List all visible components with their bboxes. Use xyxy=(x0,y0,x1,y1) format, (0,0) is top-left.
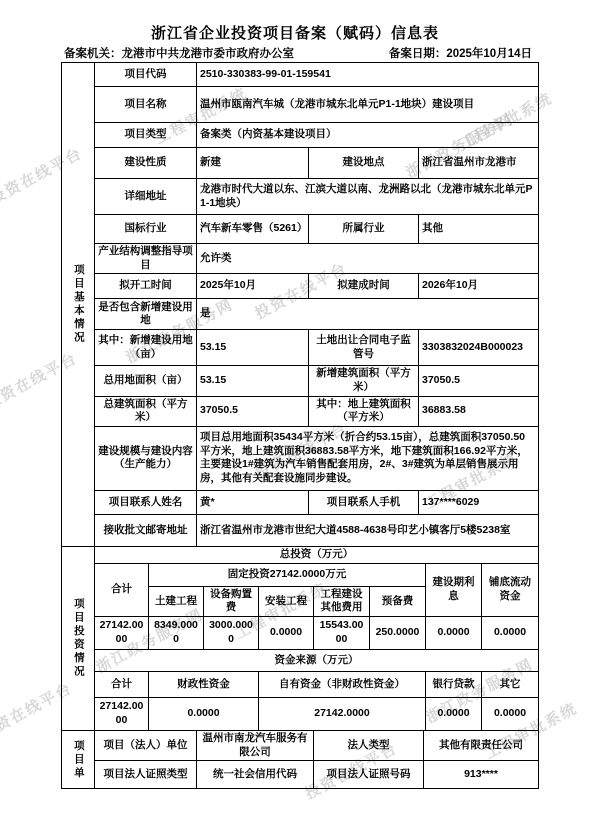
new-building-area-value: 37050.5 xyxy=(419,366,539,396)
land-contract-value: 3303832024B000023 xyxy=(419,330,539,366)
legal-unit-value: 温州市南龙汽车服务有限公司 xyxy=(197,731,314,761)
install-col-label: 安装工程 xyxy=(259,586,314,616)
guidance-value: 允许类 xyxy=(197,244,539,274)
contact-name-label: 项目联系人姓名 xyxy=(95,490,197,514)
other-fund-value: 0.0000 xyxy=(482,698,539,731)
total-building-area-label: 总建筑面积（平方米） xyxy=(95,396,197,426)
table-row: 总用地面积（亩） 53.15 新增建筑面积（平方米） 37050.5 xyxy=(62,366,539,396)
table-row: 合计 固定投资27142.0000万元 建设期利息 铺底流动资金 xyxy=(62,563,539,586)
build-nature-label: 建设性质 xyxy=(95,148,197,179)
total-land-label: 总用地面积（亩） xyxy=(95,366,197,396)
unit-table: 项目单 项目（法人）单位 温州市南龙汽车服务有限公司 法人类型 其他有限责任公司… xyxy=(61,730,539,789)
sector-label: 所属行业 xyxy=(309,215,419,244)
new-land-flag-label: 是否包含新增建设用地 xyxy=(95,299,197,330)
section-investment-label: 项目投资情况 xyxy=(62,546,95,730)
own-fund-label: 自有资金（非财政性资金） xyxy=(259,672,426,698)
mail-address-label: 接收批文邮寄地址 xyxy=(95,514,197,546)
build-site-label: 建设地点 xyxy=(309,148,419,179)
scale-label: 建设规模与建设内容（生产能力） xyxy=(95,426,197,490)
cert-no-label: 项目法人证照号码 xyxy=(314,761,424,789)
working-capital-col-label: 铺底流动资金 xyxy=(482,563,539,616)
reserve-value: 250.0000 xyxy=(370,617,426,650)
table-row: 产业结构调整指导项目 允许类 xyxy=(62,244,539,274)
table-row: 是否包含新增建设用地 是 xyxy=(62,299,539,330)
table-row: 27142.0000 0.0000 27142.0000 0.0000 0.00… xyxy=(62,698,539,731)
table-row: 总建筑面积（平方米） 37050.5 其中：地上建筑面积（平方米） 36883.… xyxy=(62,396,539,426)
legal-type-value: 其他有限责任公司 xyxy=(424,731,539,761)
table-row: 建设性质 新建 建设地点 浙江省温州市龙港市 xyxy=(62,148,539,179)
other-cost-value: 15543.0000 xyxy=(314,617,370,650)
total-building-area-value: 37050.5 xyxy=(197,396,309,426)
fiscal-fund-value: 0.0000 xyxy=(149,698,259,731)
land-contract-label: 土地出让合同电子监管号 xyxy=(309,330,419,366)
guidance-label: 产业结构调整指导项目 xyxy=(95,244,197,274)
legal-type-label: 法人类型 xyxy=(314,731,424,761)
install-value: 0.0000 xyxy=(259,617,314,650)
table-row: 详细地址 龙港市时代大道以东、江滨大道以南、龙洲路以北（龙港市城东北单元P1-1… xyxy=(62,179,539,215)
table-row: 项目基本情况 项目代码 2510-330383-99-01-159541 xyxy=(62,63,539,87)
reserve-col-label: 预备费 xyxy=(370,586,426,616)
filing-date: 备案日期：2025年10月14日 xyxy=(389,47,532,62)
page-title: 浙江省企业投资项目备案（赋码）信息表 xyxy=(0,22,590,43)
filing-agency-value: 龙港市中共龙港市委市政府办公室 xyxy=(122,48,295,60)
equipment-value: 3000.0000 xyxy=(204,617,259,650)
new-building-area-label: 新增建筑面积（平方米） xyxy=(309,366,419,396)
scale-value: 项目总用地面积35434平方米（折合约53.15亩），总建筑面积37050.50… xyxy=(197,426,539,490)
table-row: 项目联系人姓名 黄* 项目联系人手机 137****6029 xyxy=(62,490,539,514)
end-time-label: 拟建成时间 xyxy=(309,274,419,299)
address-value: 龙港市时代大道以东、江滨大道以南、龙洲路以北（龙港市城东北单元P1-1地块） xyxy=(197,179,539,215)
investment-total-label: 合计 xyxy=(95,563,149,616)
industry-label: 国标行业 xyxy=(95,215,197,244)
fund-source-header: 资金来源（万元） xyxy=(95,650,539,672)
civil-value: 8349.0000 xyxy=(149,617,204,650)
other-fund-label: 其它 xyxy=(482,672,539,698)
table-row: 建设规模与建设内容（生产能力） 项目总用地面积35434平方米（折合约53.15… xyxy=(62,426,539,490)
table-row: 项目名称 温州市瓯南汽车城（龙港市城东北单元P1-1地块）建设项目 xyxy=(62,87,539,123)
project-type-label: 项目类型 xyxy=(95,123,197,148)
basic-info-table: 项目基本情况 项目代码 2510-330383-99-01-159541 项目名… xyxy=(61,62,539,547)
table-row: 资金来源（万元） xyxy=(62,650,539,672)
project-code-label: 项目代码 xyxy=(95,63,197,87)
bank-loan-label: 银行贷款 xyxy=(426,672,482,698)
mail-address-value: 浙江省温州市龙港市世纪大道4588-4638号印艺小镇客厅5楼5238室 xyxy=(197,514,539,546)
filing-date-value: 2025年10月14日 xyxy=(446,48,532,60)
form-meta-row: 备案机关：龙港市中共龙港市委市政府办公室 备案日期：2025年10月14日 xyxy=(0,47,590,62)
project-name-value: 温州市瓯南汽车城（龙港市城东北单元P1-1地块）建设项目 xyxy=(197,87,539,123)
new-land-flag-value: 是 xyxy=(197,299,539,330)
cert-type-label: 项目法人证照类型 xyxy=(95,761,197,789)
new-land-label: 其中：新增建设用地（亩） xyxy=(95,330,197,366)
own-fund-value: 27142.0000 xyxy=(259,698,426,731)
contact-name-value: 黄* xyxy=(197,490,309,514)
working-capital-value: 0.0000 xyxy=(482,617,539,650)
form-tables: 项目基本情况 项目代码 2510-330383-99-01-159541 项目名… xyxy=(61,62,538,789)
build-nature-value: 新建 xyxy=(197,148,309,179)
start-time-value: 2025年10月 xyxy=(197,274,309,299)
interest-value: 0.0000 xyxy=(426,617,482,650)
filing-date-label: 备案日期： xyxy=(389,48,447,60)
bank-loan-value: 0.0000 xyxy=(426,698,482,731)
cert-type-value: 统一社会信用代码 xyxy=(197,761,314,789)
build-site-value: 浙江省温州市龙港市 xyxy=(419,148,539,179)
table-row: 项目单 项目（法人）单位 温州市南龙汽车服务有限公司 法人类型 其他有限责任公司 xyxy=(62,731,539,761)
cert-no-value: 913**** xyxy=(424,761,539,789)
source-total-label: 合计 xyxy=(95,672,149,698)
interest-col-label: 建设期利息 xyxy=(426,563,482,616)
start-time-label: 拟开工时间 xyxy=(95,274,197,299)
address-label: 详细地址 xyxy=(95,179,197,215)
table-row: 27142.0000 8349.0000 3000.0000 0.0000 15… xyxy=(62,617,539,650)
table-row: 合计 财政性资金 自有资金（非财政性资金） 银行贷款 其它 xyxy=(62,672,539,698)
new-land-value: 53.15 xyxy=(197,330,309,366)
fixed-investment-header: 固定投资27142.0000万元 xyxy=(149,563,426,586)
project-code-value: 2510-330383-99-01-159541 xyxy=(197,63,539,87)
project-name-label: 项目名称 xyxy=(95,87,197,123)
filing-agency: 备案机关：龙港市中共龙港市委市政府办公室 xyxy=(64,47,294,62)
contact-phone-value: 137****6029 xyxy=(419,490,539,514)
total-land-value: 53.15 xyxy=(197,366,309,396)
project-type-value: 备案类（内资基本建设项目） xyxy=(197,123,539,148)
section-unit-label: 项目单 xyxy=(62,731,95,789)
other-cost-col-label: 工程建设其他费用 xyxy=(314,586,370,616)
table-row: 项目投资情况 总投资（万元） xyxy=(62,546,539,563)
equipment-col-label: 设备购置费 xyxy=(204,586,259,616)
contact-phone-label: 项目联系人手机 xyxy=(309,490,419,514)
investment-table: 项目投资情况 总投资（万元） 合计 固定投资27142.0000万元 建设期利息… xyxy=(61,546,539,731)
source-total-value: 27142.0000 xyxy=(95,698,149,731)
table-row: 项目类型 备案类（内资基本建设项目） xyxy=(62,123,539,148)
sector-value: 其他 xyxy=(419,215,539,244)
above-ground-area-value: 36883.58 xyxy=(419,396,539,426)
industry-value: 汽车新车零售（5261） xyxy=(197,215,309,244)
investment-total-value: 27142.0000 xyxy=(95,617,149,650)
table-row: 国标行业 汽车新车零售（5261） 所属行业 其他 xyxy=(62,215,539,244)
table-row: 其中：新增建设用地（亩） 53.15 土地出让合同电子监管号 330383202… xyxy=(62,330,539,366)
table-row: 拟开工时间 2025年10月 拟建成时间 2026年10月 xyxy=(62,274,539,299)
legal-unit-label: 项目（法人）单位 xyxy=(95,731,197,761)
filing-agency-label: 备案机关： xyxy=(64,48,122,60)
civil-col-label: 土建工程 xyxy=(149,586,204,616)
table-row: 项目法人证照类型 统一社会信用代码 项目法人证照号码 913**** xyxy=(62,761,539,789)
end-time-value: 2026年10月 xyxy=(419,274,539,299)
total-investment-header: 总投资（万元） xyxy=(95,546,539,563)
fiscal-fund-label: 财政性资金 xyxy=(149,672,259,698)
section-basic-label: 项目基本情况 xyxy=(62,63,95,547)
table-row: 接收批文邮寄地址 浙江省温州市龙港市世纪大道4588-4638号印艺小镇客厅5楼… xyxy=(62,514,539,546)
above-ground-area-label: 其中：地上建筑面积（平方米） xyxy=(309,396,419,426)
filing-form-page: 投资在线平台 工程审批系统 浙江政务服务网 工程审批系统 投资在线平台 投资在线… xyxy=(0,0,590,831)
